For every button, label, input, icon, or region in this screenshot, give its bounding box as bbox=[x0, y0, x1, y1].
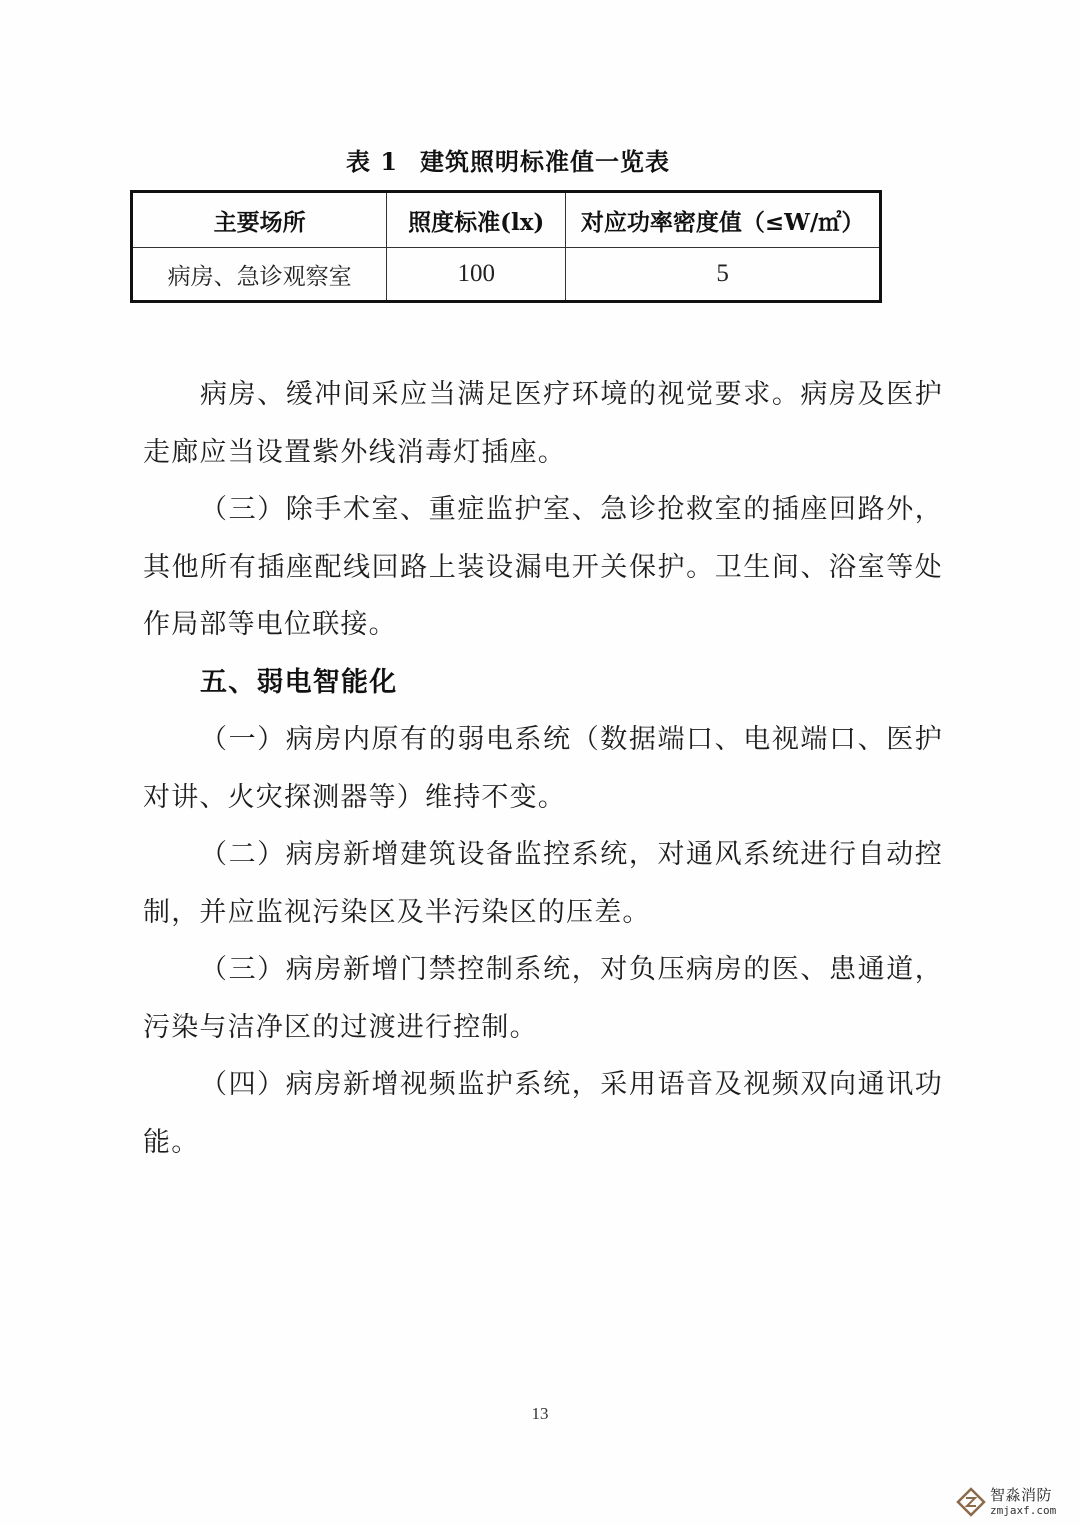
watermark: 智淼消防 zmjaxf.com bbox=[956, 1484, 1056, 1520]
paragraph-socket-protection: （三）除手术室、重症监护室、急诊抢救室的插座回路外，其他所有插座配线回路上装设漏… bbox=[143, 481, 943, 654]
header-illuminance: 照度标准(lx) bbox=[387, 192, 566, 248]
cell-illuminance: 100 bbox=[387, 248, 566, 302]
document-page: 表 1建筑照明标准值一览表 主要场所 照度标准(lx) 对应功率密度值（≤W/㎡… bbox=[0, 0, 1080, 1526]
cell-power-density: 5 bbox=[566, 248, 881, 302]
paragraph-building-monitoring: （二）病房新增建筑设备监控系统，对通风系统进行自动控制，并应监视污染区及半污染区… bbox=[143, 826, 943, 941]
paragraph-existing-systems: （一）病房内原有的弱电系统（数据端口、电视端口、医护对讲、火灾探测器等）维持不变… bbox=[143, 711, 943, 826]
table-caption: 表 1建筑照明标准值一览表 bbox=[0, 142, 1016, 177]
table-header-row: 主要场所 照度标准(lx) 对应功率密度值（≤W/㎡） bbox=[132, 192, 881, 248]
table-row: 病房、急诊观察室 100 5 bbox=[132, 248, 881, 302]
paragraph-ward-lighting: 病房、缓冲间采应当满足医疗环境的视觉要求。病房及医护走廊应当设置紫外线消毒灯插座… bbox=[143, 366, 943, 481]
watermark-name: 智淼消防 bbox=[990, 1488, 1056, 1503]
cell-place: 病房、急诊观察室 bbox=[132, 248, 387, 302]
paragraph-video-monitoring: （四）病房新增视频监护系统，采用语音及视频双向通讯功能。 bbox=[143, 1056, 943, 1171]
diamond-logo-icon bbox=[956, 1487, 986, 1517]
lighting-standard-table: 主要场所 照度标准(lx) 对应功率密度值（≤W/㎡） 病房、急诊观察室 100… bbox=[130, 190, 882, 303]
table-caption-text: 建筑照明标准值一览表 bbox=[420, 147, 670, 176]
watermark-url: zmjaxf.com bbox=[990, 1505, 1056, 1516]
watermark-text: 智淼消防 zmjaxf.com bbox=[990, 1488, 1056, 1516]
table-caption-number: 表 1 bbox=[346, 147, 398, 176]
header-power-density: 对应功率密度值（≤W/㎡） bbox=[566, 192, 881, 248]
section-heading-low-voltage: 五、弱电智能化 bbox=[143, 654, 943, 712]
body-content: 病房、缓冲间采应当满足医疗环境的视觉要求。病房及医护走廊应当设置紫外线消毒灯插座… bbox=[143, 366, 943, 1171]
paragraph-access-control: （三）病房新增门禁控制系统，对负压病房的医、患通道，污染与洁净区的过渡进行控制。 bbox=[143, 941, 943, 1056]
header-main-place: 主要场所 bbox=[132, 192, 387, 248]
page-number: 13 bbox=[0, 1404, 1080, 1424]
